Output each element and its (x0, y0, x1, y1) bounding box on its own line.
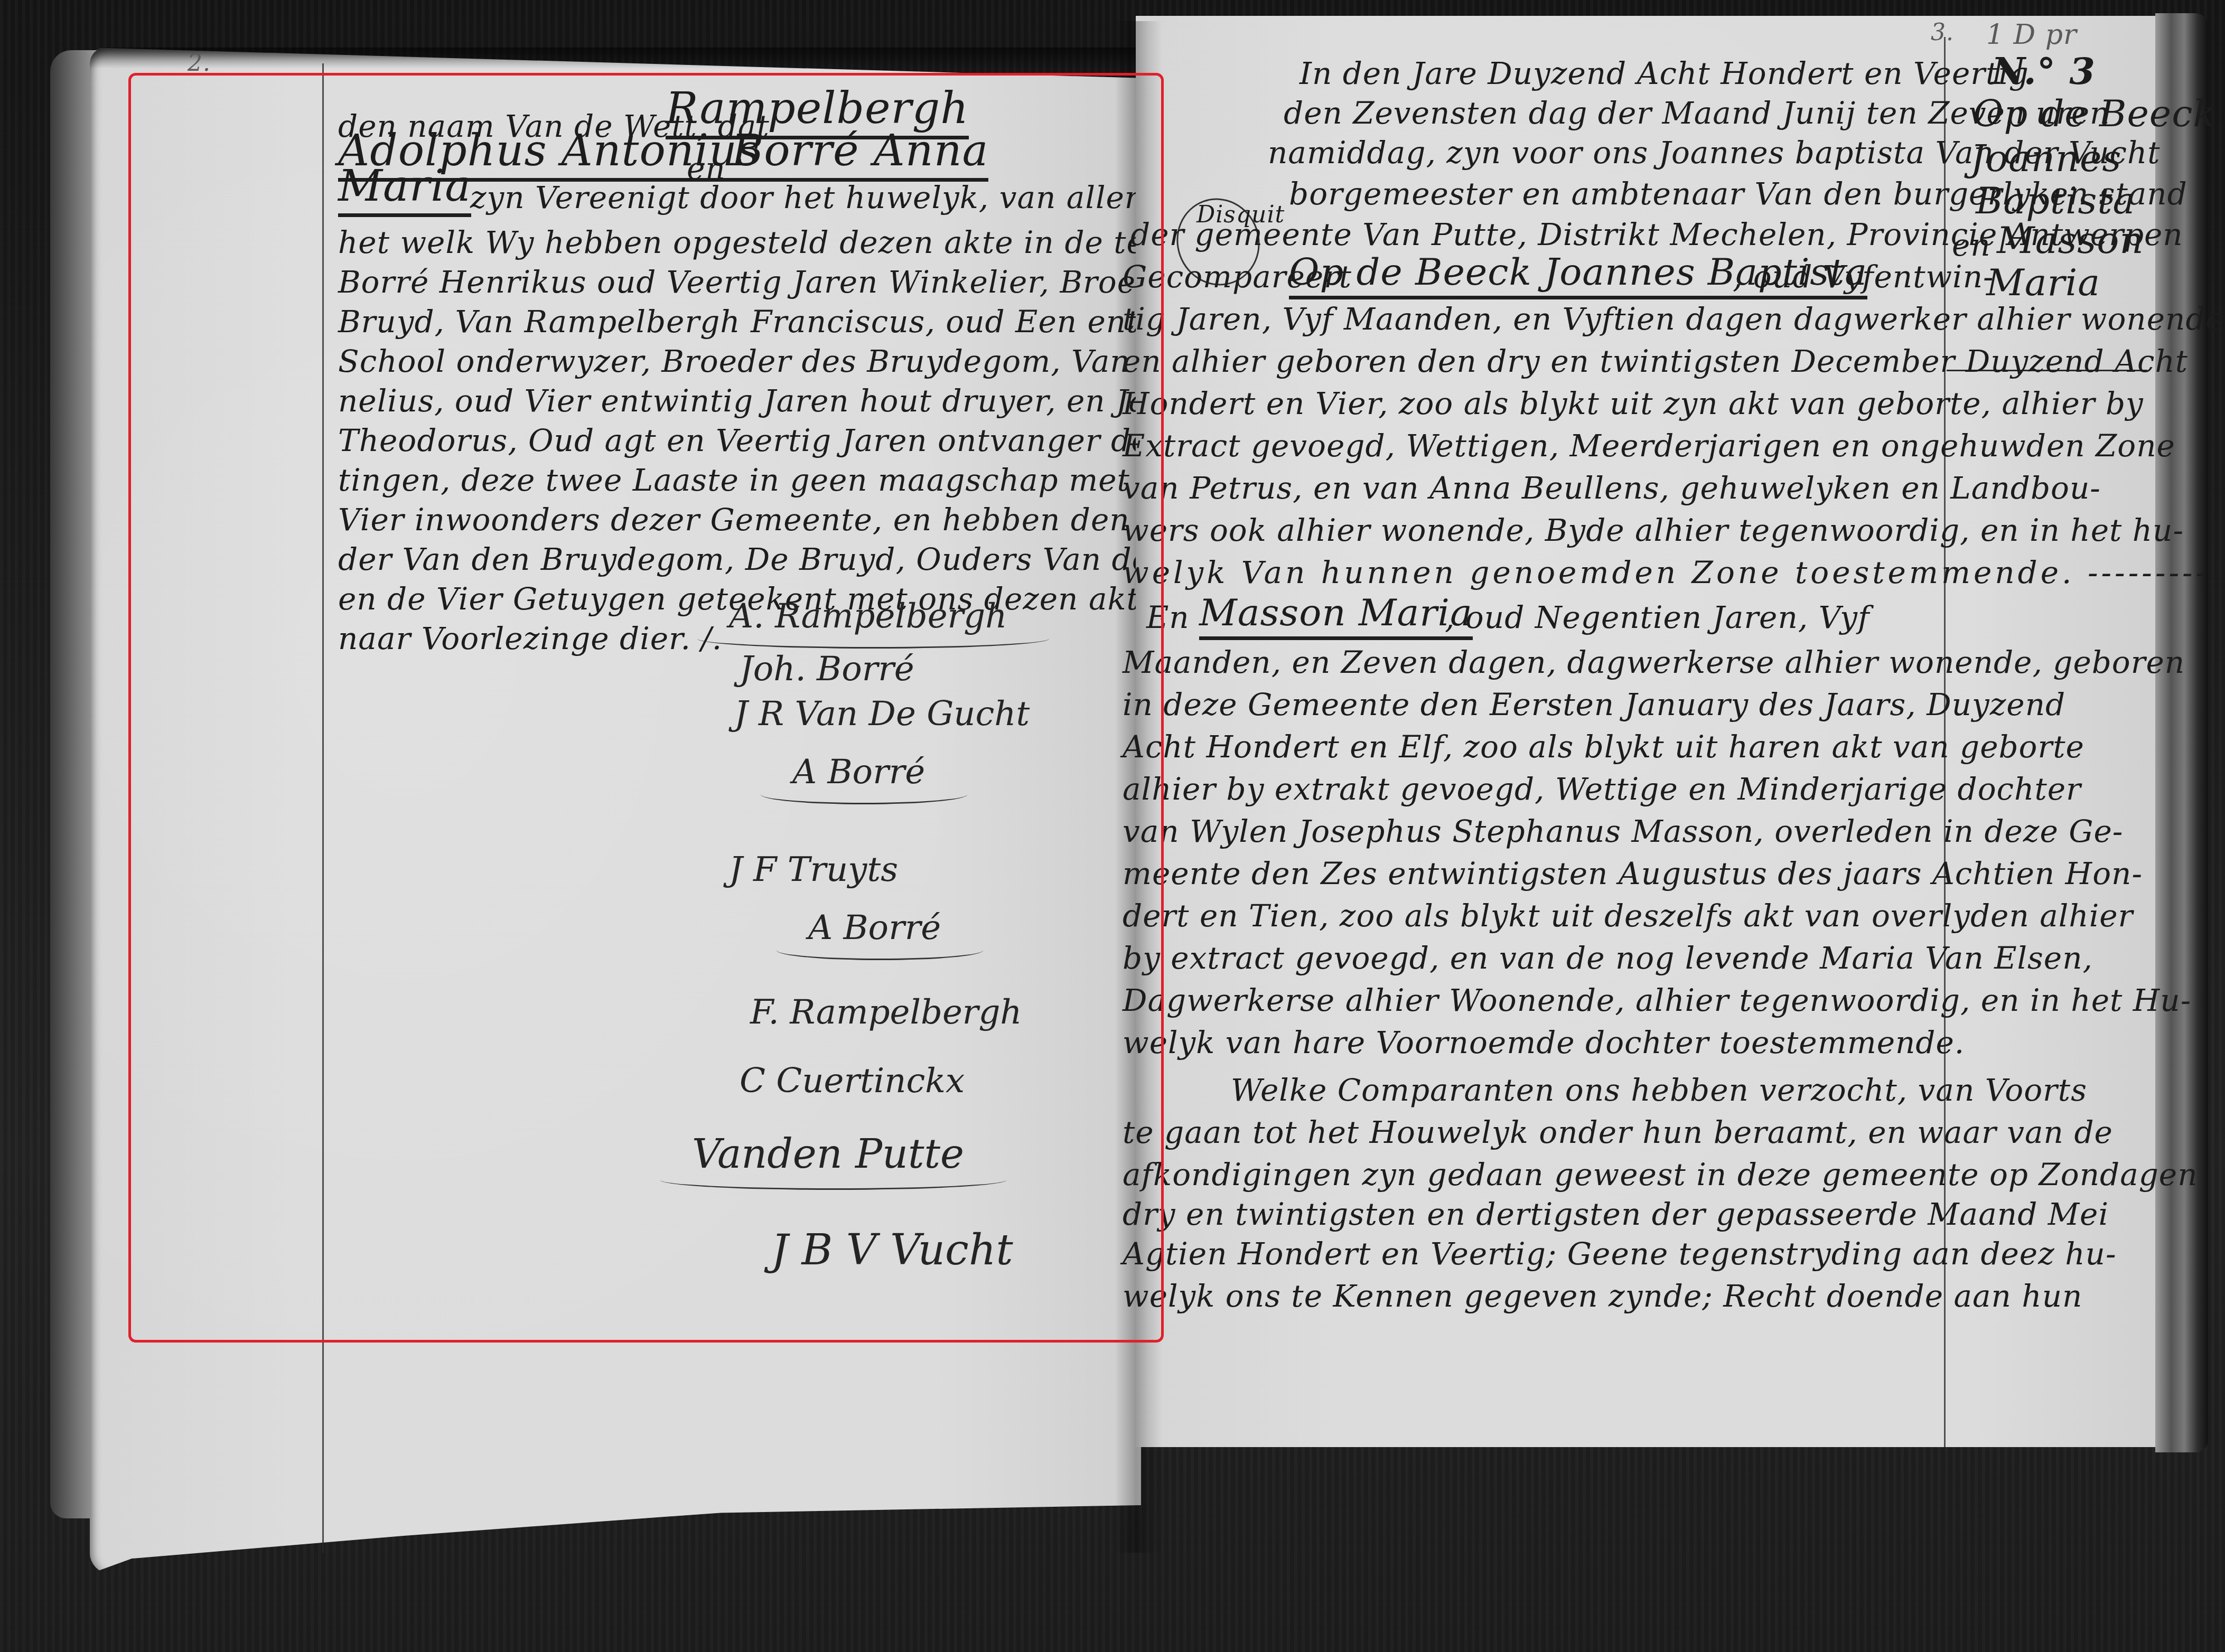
right-line-12: van Petrus, en van Anna Beullens, gehuwe… (1123, 473, 2101, 503)
margin-name-2: Joannes (1970, 140, 2121, 177)
page-number: 3. (1931, 21, 1954, 44)
signature-2: Joh. Borré (740, 650, 914, 689)
signature-8: C Cuertinckx (740, 1062, 965, 1101)
signature-4: A Borré (792, 753, 925, 792)
right-line-22: meente den Zes entwintigsten Augustus de… (1123, 858, 2143, 889)
right-line-13: wers ook alhier wonende, Byde alhier teg… (1123, 515, 2184, 546)
right-line-24: by extract gevoegd, en van de nog levend… (1123, 943, 2093, 973)
right-line-31: Agtien Hondert en Veertig; Geene tegenst… (1123, 1238, 2117, 1269)
signature-9: Vanden Putte (692, 1130, 964, 1177)
left-page-top-shadow (90, 48, 1141, 69)
right-line-32: welyk ons te Kennen gegeven zynde; Recht… (1123, 1281, 2082, 1311)
right-line-14: welyk Van hunnen genoemden Zone toestemm… (1123, 557, 2209, 588)
right-line-23: dert en Tien, zoo als blykt uit deszelfs… (1123, 900, 2133, 931)
right-line-29: afkondigingen zyn gedaan geweest in deze… (1123, 1159, 2198, 1190)
margin-header-mark: 1 D pr (1986, 21, 2077, 49)
margin-name-1: Op de Beeck (1973, 95, 2216, 132)
margin-name-5: Masson (1997, 222, 2144, 259)
bride-given-2: Maria (338, 165, 471, 217)
left-line-13: naar Voorlezinge dier. /. (338, 623, 722, 654)
right-line-7: , oud Vyfentwin- (1733, 261, 1994, 292)
right-line-8: tig Jaren, Vyf Maanden, en Vyftien dagen… (1123, 304, 2224, 334)
right-line-25: Dagwerkerse alhier Woonende, alhier tege… (1123, 985, 2191, 1016)
signature-1: A. Rampelbergh (729, 597, 1007, 636)
right-line-20: alhier by extrakt gevoegd, Wettige en Mi… (1123, 774, 2081, 804)
right-line-28: te gaan tot het Houwelyk onder hun beraa… (1123, 1117, 2113, 1148)
left-page-corner-mark: 2. (188, 52, 211, 75)
signature-7: F. Rampelbergh (750, 993, 1022, 1032)
right-line-17: Maanden, en Zeven dagen, dagwerkerse alh… (1123, 647, 2185, 678)
margin-name-3: Baptista (1976, 182, 2135, 219)
right-line-27: Welke Comparanten ons hebben verzocht, v… (1231, 1075, 2087, 1105)
left-page-margin-rule (322, 63, 324, 1553)
right-line-30: dry en twintigsten en dertigsten der gep… (1123, 1199, 2109, 1229)
bride-name: Borré Anna (732, 129, 988, 182)
left-line-2: zyn Vereenigt door het huwelyk, van alle… (470, 182, 1145, 213)
signature-6: A Borré (808, 908, 941, 947)
signature-5: J F Truyts (729, 850, 898, 889)
right-line-9: en alhier geboren den dry en twintigsten… (1123, 346, 2188, 377)
signature-10: J B V Vucht (771, 1225, 1013, 1274)
right-line-16: , oud Negentien Jaren, Vyf (1445, 602, 1869, 633)
right-line-19: Acht Hondert en Elf, zoo als blykt uit h… (1123, 731, 2084, 762)
right-line-1: In den Jare Duyzend Acht Hondert en Veer… (1300, 58, 2029, 89)
margin-name-4: en (1952, 230, 1991, 260)
right-line-10: Hondert en Vier, zoo als blykt uit zyn a… (1123, 388, 2144, 419)
right-line-11: Extract gevoegd, Wettigen, Meerderjarige… (1123, 430, 2175, 461)
signature-3: J R Van De Gucht (734, 694, 1030, 734)
right-line-21: van Wylen Josephus Stephanus Masson, ove… (1123, 816, 2123, 847)
right-line-15: En (1146, 602, 1190, 633)
right-line-18: in deze Gemeente den Eersten January des… (1123, 689, 2065, 720)
margin-name-6: Maria (1986, 264, 2100, 301)
right-line-26: welyk van hare Voornoemde dochter toeste… (1123, 1027, 1965, 1058)
entry-number: N.° 3 (1992, 53, 2096, 90)
bride-name-right: Masson Maria (1199, 594, 1473, 640)
